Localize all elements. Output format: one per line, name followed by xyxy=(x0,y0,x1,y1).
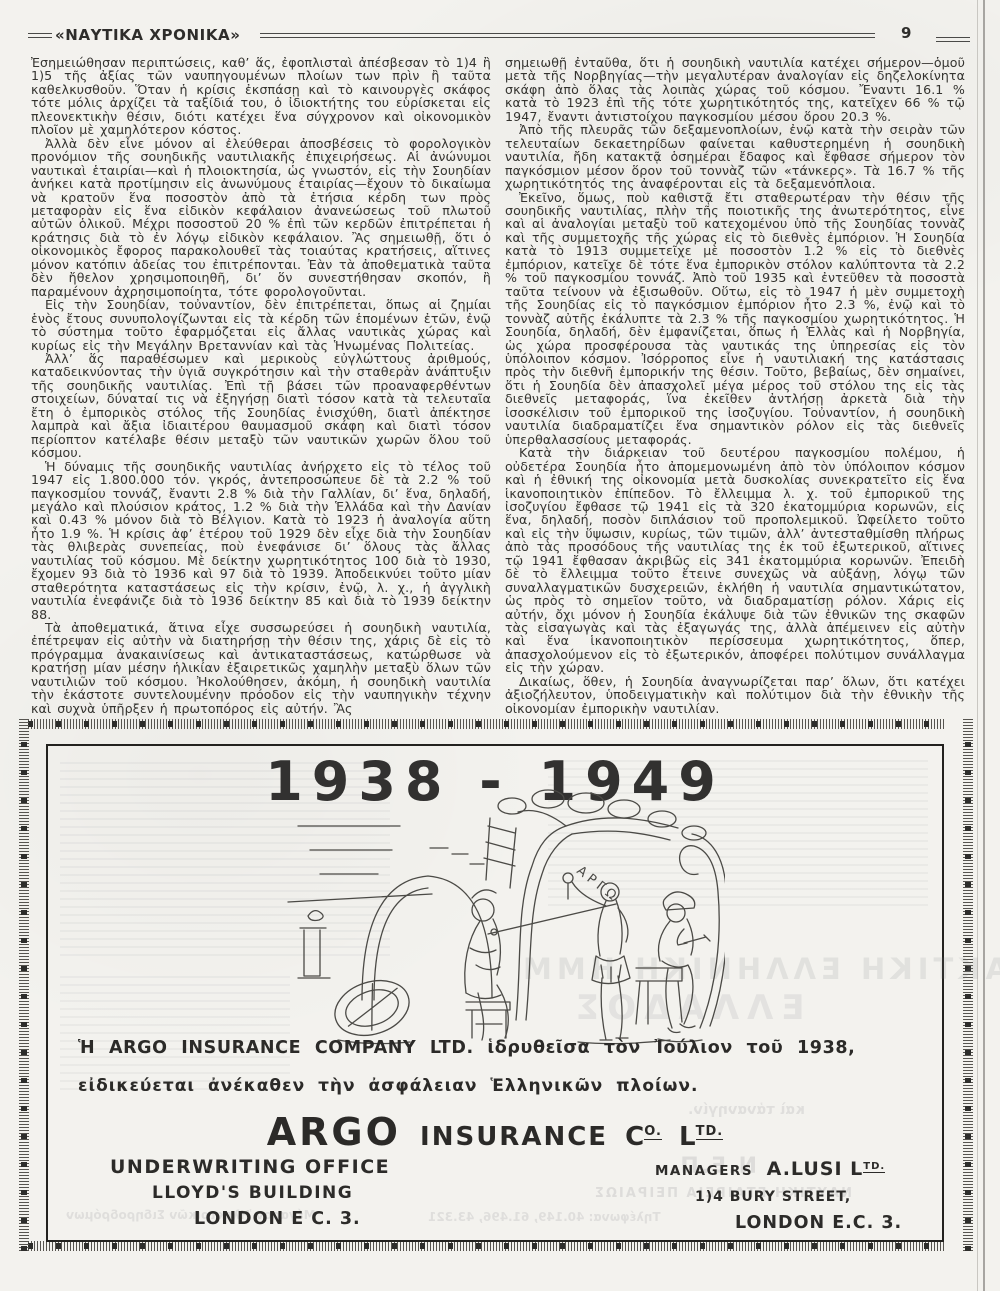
article-left-column: Ἐσημειώθησαν περιπτώσεις, καθ’ ἅς, ἐφοπλ… xyxy=(31,56,491,718)
managers-name: A.LUSI LTD. xyxy=(767,1158,886,1180)
paragraph: Ἡ δύναμις τῆς σουηδικῆς ναυτιλίας ἀνήρχε… xyxy=(31,460,491,621)
managers-line-1: MANAGERS A.LUSI LTD. xyxy=(655,1154,942,1184)
scan-edge-line-faint xyxy=(977,0,978,1291)
underwriting-line-2: LLOYD'S BUILDING xyxy=(152,1180,495,1206)
ad-border-bottom xyxy=(28,1241,945,1251)
paragraph: Ἀλλ’ ἅς παραθέσωμεν καὶ μερικοὺς εὐγλώττ… xyxy=(31,352,491,460)
header-rule-right xyxy=(936,37,970,42)
scan-edge-line xyxy=(983,0,985,1291)
masthead-title: «ΝΑΥΤΙΚΑ ΧΡΟΝΙΚΑ» xyxy=(55,26,241,44)
managers-line-2: 1)4 BURY STREET, xyxy=(695,1184,942,1210)
paragraph: Εἰς τὴν Σουηδίαν, τοὐναντίον, δὲν ἐπιτρέ… xyxy=(31,298,491,352)
brand-ltd: LTD. xyxy=(679,1122,723,1152)
paragraph: Δικαίως, ὅθεν, ἡ Σουηδία ἀναγνωρίζεται π… xyxy=(505,675,965,715)
brand-co: CO. xyxy=(625,1122,662,1152)
header-rule-left xyxy=(28,33,52,38)
underwriting-line-1: UNDERWRITING OFFICE xyxy=(110,1154,495,1180)
argo-ship-illustration: ΑΡΓΩ xyxy=(280,788,725,1046)
ad-address-row: UNDERWRITING OFFICE LLOYD'S BUILDING LON… xyxy=(48,1154,942,1236)
underwriting-office-block: UNDERWRITING OFFICE LLOYD'S BUILDING LON… xyxy=(48,1154,495,1236)
paragraph: σημειωθῇ ἐνταῦθα, ὅτι ἡ σουηδικὴ ναυτιλί… xyxy=(505,56,965,123)
ad-border-left xyxy=(19,719,29,1251)
paragraph: Ἐκεῖνο, ὅμως, ποὺ καθιστᾷ ἔτι σταθερωτέρ… xyxy=(505,191,965,447)
page-number: 9 xyxy=(901,24,911,42)
magazine-page: «ΝΑΥΤΙΚΑ ΧΡΟΝΙΚΑ» 9 Ἐσημειώθησαν περιπτώ… xyxy=(0,0,1000,1291)
ad-border-top xyxy=(28,719,945,729)
paragraph: Κατὰ τὴν διάρκειαν τοῦ δευτέρου παγκοσμί… xyxy=(505,446,965,675)
article-right-column: σημειωθῇ ἐνταῦθα, ὅτι ἡ σουηδικὴ ναυτιλί… xyxy=(505,56,965,718)
paragraph: Ἀπὸ τῆς πλευρᾶς τῶν δεξαμενοπλοίων, ἐνῷ … xyxy=(505,123,965,190)
paragraph: Ἐσημειώθησαν περιπτώσεις, καθ’ ἅς, ἐφοπλ… xyxy=(31,56,491,137)
underwriting-line-3: LONDON E C. 3. xyxy=(194,1206,495,1232)
article-body: Ἐσημειώθησαν περιπτώσεις, καθ’ ἅς, ἐφοπλ… xyxy=(31,56,965,718)
argo-insurance-ad: ΤΑΚΤΙΚΗ ΕΛΛΗΝΙΚΗ ΗΜΜ ΕΛΛΑΔΟΣ καὶ τἀνανηγ… xyxy=(46,744,944,1242)
ad-intro-line-2: εἰδικεύεται ἀνέκαθεν τὴν ἀσφάλειαν Ἑλλην… xyxy=(78,1076,912,1096)
paragraph: Ἀλλὰ δὲν εἶνε μόνον αἱ ἐλεύθεραι ἀποσβέσ… xyxy=(31,137,491,298)
brand-argo: ARGO xyxy=(267,1110,401,1154)
managers-line-3: LONDON E.C. 3. xyxy=(735,1210,942,1236)
ad-brand-line: ARGO INSURANCE CO. LTD. xyxy=(48,1110,942,1154)
header-rule-long xyxy=(260,33,875,38)
managers-block: MANAGERS A.LUSI LTD. 1)4 BURY STREET, LO… xyxy=(495,1154,942,1236)
brand-insurance: INSURANCE xyxy=(420,1122,608,1152)
ad-intro-line-1: Ἡ ARGO INSURANCE COMPANY LTD. ἱδρυθεῖσα … xyxy=(78,1038,912,1058)
paragraph: Τὰ ἀποθεματικά, ἅτινα εἶχε συσσωρεύσει ἡ… xyxy=(31,621,491,715)
